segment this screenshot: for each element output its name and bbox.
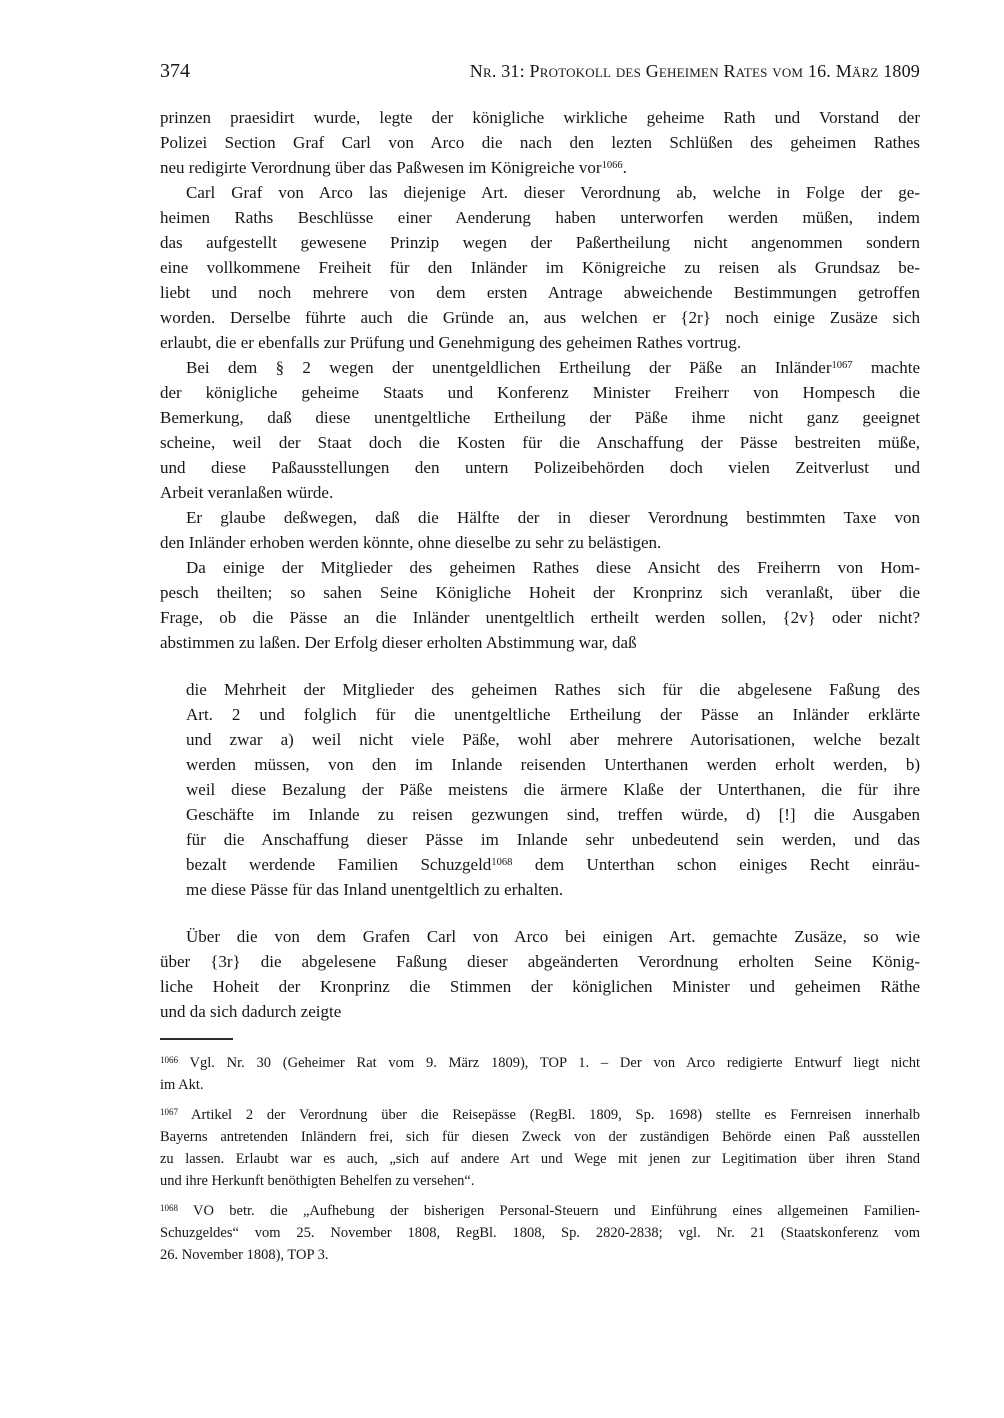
text-line: der königliche geheime Staats und Konfer… (160, 380, 920, 405)
footnote-line: im Akt. (160, 1074, 920, 1096)
text-line: Da einige der Mitglieder des geheimen Ra… (160, 555, 920, 580)
text-line: und da sich dadurch zeigte (160, 999, 920, 1024)
text-line: Er glaube deßwegen, daß die Hälfte der i… (160, 505, 920, 530)
text-line: weil diese Bezalung der Päße meistens di… (186, 777, 920, 802)
text-line: Arbeit veranlaßen würde. (160, 480, 920, 505)
footnote-reference: 1067 (832, 360, 853, 371)
text-line: Carl Graf von Arco las diejenige Art. di… (160, 180, 920, 205)
body-paragraph: Er glaube deßwegen, daß die Hälfte der i… (160, 505, 920, 555)
footnote-separator (160, 1038, 233, 1040)
footnote-line: 1066 Vgl. Nr. 30 (Geheimer Rat vom 9. Mä… (160, 1052, 920, 1074)
text-line: werden müssen, von den im Inlande reisen… (186, 752, 920, 777)
footnote-line: 1068 VO betr. die „Aufhebung der bisheri… (160, 1200, 920, 1222)
text-line: bezalt werdende Familien Schuzgeld1068 d… (186, 852, 920, 877)
text-line: abstimmen zu laßen. Der Erfolg dieser er… (160, 630, 920, 655)
footnote-marker: 1066 (160, 1055, 178, 1065)
text-line: liche Hoheit der Kronprinz die Stimmen d… (160, 974, 920, 999)
text-line: über {3r} die abgelesene Faßung dieser a… (160, 949, 920, 974)
text-line: Bemerkung, daß diese unentgeltliche Erth… (160, 405, 920, 430)
text-line: neu redigirte Verordnung über das Paßwes… (160, 155, 920, 180)
text-line: Über die von dem Grafen Carl von Arco be… (160, 924, 920, 949)
text-line: heimen Raths Beschlüsse einer Aenderung … (160, 205, 920, 230)
footnote-reference: 1068 (491, 857, 512, 868)
footnote: 1068 VO betr. die „Aufhebung der bisheri… (160, 1200, 920, 1266)
document-page: 374 Nr. 31: Protokoll des Geheimen Rates… (0, 0, 1004, 1418)
footnote-line: Schuzgeldes“ vom 25. November 1808, RegB… (160, 1222, 920, 1244)
body-paragraph: Da einige der Mitglieder des geheimen Ra… (160, 555, 920, 655)
text-line: die Mehrheit der Mitglieder des geheimen… (186, 677, 920, 702)
footnote-line: und ihre Herkunft benöthigten Behelfen z… (160, 1170, 920, 1192)
body-text: prinzen praesidirt wurde, legte der köni… (160, 105, 920, 1024)
text-line: Geschäfte im Inlande zu reisen gezwungen… (186, 802, 920, 827)
body-paragraph: Carl Graf von Arco las diejenige Art. di… (160, 180, 920, 355)
text-line: und zwar a) weil nicht viele Päße, wohl … (186, 727, 920, 752)
text-line: das aufgestellt gewesene Prinzip wegen d… (160, 230, 920, 255)
text-line: Polizei Section Graf Carl von Arco die n… (160, 130, 920, 155)
footnote: 1066 Vgl. Nr. 30 (Geheimer Rat vom 9. Mä… (160, 1052, 920, 1096)
text-line: den Inländer erhoben werden könnte, ohne… (160, 530, 920, 555)
running-header: Nr. 31: Protokoll des Geheimen Rates vom… (470, 61, 920, 82)
footnote-line: 1067 Artikel 2 der Verordnung über die R… (160, 1104, 920, 1126)
text-line: scheine, weil der Staat doch die Kosten … (160, 430, 920, 455)
text-line: liebt und noch mehrere von dem ersten An… (160, 280, 920, 305)
text-line: Bei dem § 2 wegen der unentgeldlichen Er… (160, 355, 920, 380)
text-line: pesch theilten; so sahen Seine Königlich… (160, 580, 920, 605)
footnote-line: 26. November 1808), TOP 3. (160, 1244, 920, 1266)
page-number: 374 (160, 60, 190, 83)
block-quote-paragraph: die Mehrheit der Mitglieder des geheimen… (160, 677, 920, 902)
text-line: me diese Pässe für das Inland unentgeltl… (186, 877, 920, 902)
body-paragraph: Über die von dem Grafen Carl von Arco be… (160, 924, 920, 1024)
footnote-reference: 1066 (602, 160, 623, 171)
text-line: erlaubt, die er ebenfalls zur Prüfung un… (160, 330, 920, 355)
text-line: und diese Paßausstellungen den untern Po… (160, 455, 920, 480)
text-line: Frage, ob die Pässe an die Inländer unen… (160, 605, 920, 630)
footnote-line: Bayerns antretenden Inländern frei, sich… (160, 1126, 920, 1148)
page-header: 374 Nr. 31: Protokoll des Geheimen Rates… (160, 60, 920, 83)
body-paragraph: prinzen praesidirt wurde, legte der köni… (160, 105, 920, 180)
text-line: worden. Derselbe führte auch die Gründe … (160, 305, 920, 330)
footnote-marker: 1067 (160, 1107, 178, 1117)
footnote-line: zu lassen. Erlaubt war es auch, „sich au… (160, 1148, 920, 1170)
text-line: eine vollkommene Freiheit für den Inländ… (160, 255, 920, 280)
body-paragraph: Bei dem § 2 wegen der unentgeldlichen Er… (160, 355, 920, 505)
footnote-marker: 1068 (160, 1203, 178, 1213)
text-line: Art. 2 und folglich für die unentgeltlic… (186, 702, 920, 727)
text-line: prinzen praesidirt wurde, legte der köni… (160, 105, 920, 130)
text-line: für die Anschaffung dieser Pässe im Inla… (186, 827, 920, 852)
footnote: 1067 Artikel 2 der Verordnung über die R… (160, 1104, 920, 1192)
footnotes: 1066 Vgl. Nr. 30 (Geheimer Rat vom 9. Mä… (160, 1052, 920, 1266)
